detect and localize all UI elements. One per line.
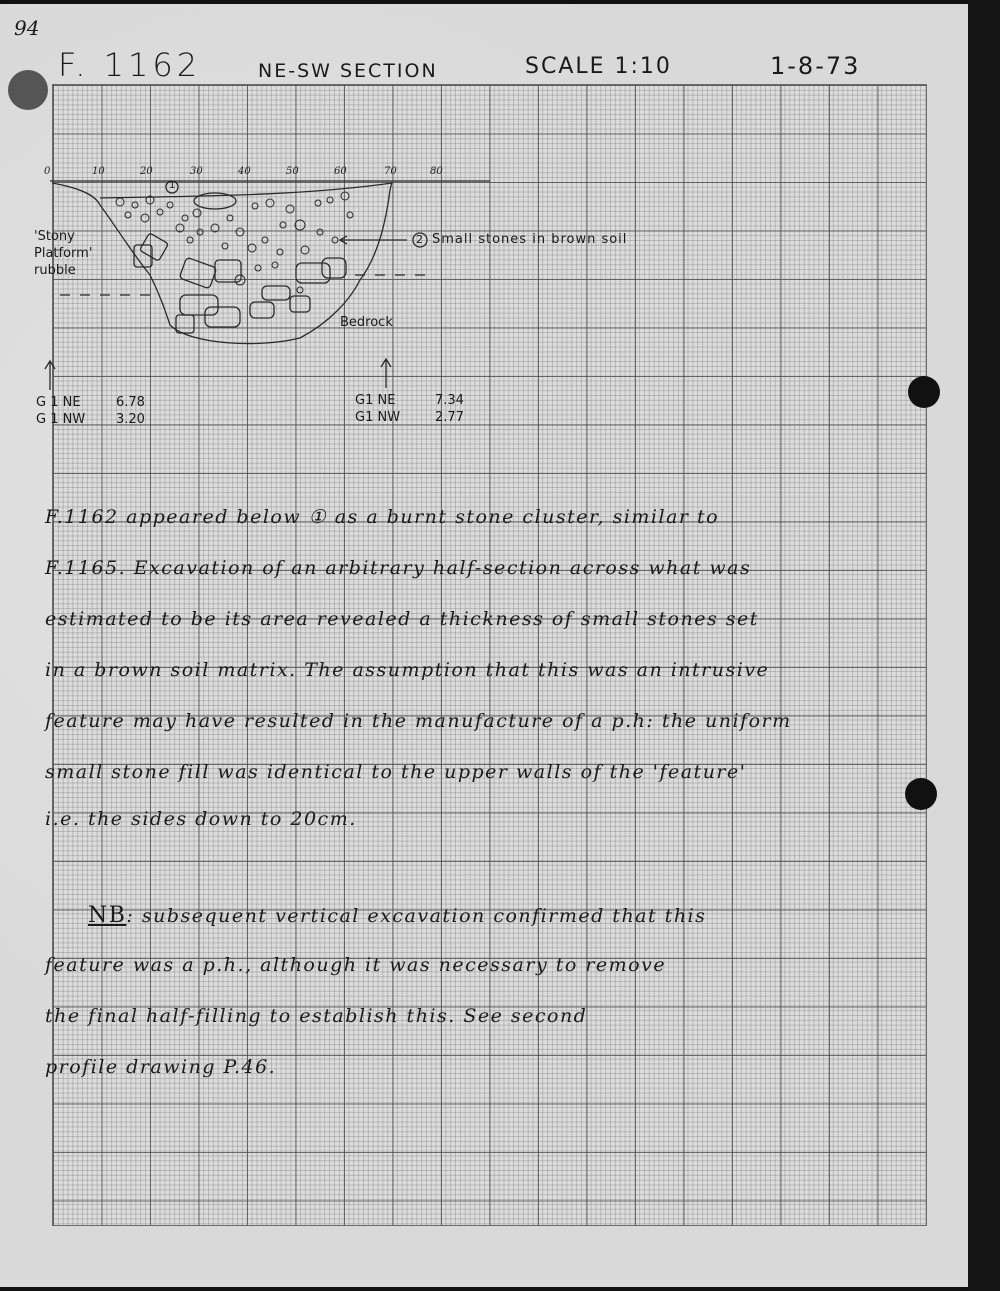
layer-2-label: Small stones in brown soil xyxy=(432,232,627,247)
stony-platform-label: 'Stony Platform' rubble xyxy=(34,228,92,279)
note-line: profile drawing P.46. xyxy=(45,1056,276,1078)
datum-row: G1 NW2.77 xyxy=(355,409,464,426)
note-line: F.1162 appeared below ① as a burnt stone… xyxy=(45,506,719,528)
scale-tick: 20 xyxy=(140,166,153,177)
note-line: the final half-filling to establish this… xyxy=(45,1005,587,1027)
bedrock-label: Bedrock xyxy=(340,315,393,330)
section-profile-drawing xyxy=(0,0,1000,450)
scale-tick: 60 xyxy=(334,166,347,177)
scale-tick: 80 xyxy=(430,166,443,177)
scale-tick: 70 xyxy=(384,166,397,177)
note-line: in a brown soil matrix. The assumption t… xyxy=(45,659,769,681)
left-datum-readings: G 1 NE6.78 G 1 NW3.20 xyxy=(36,394,145,428)
scale-tick: 40 xyxy=(238,166,251,177)
scale-tick: 10 xyxy=(92,166,105,177)
scale-tick: 30 xyxy=(190,166,203,177)
layer-1-marker: 1 xyxy=(169,180,175,191)
note-line: feature was a p.h., although it was nece… xyxy=(45,954,666,976)
nb-note-line: NB: subsequent vertical excavation confi… xyxy=(88,903,706,928)
layer-2-marker: 2 xyxy=(416,233,423,246)
scale-tick: 0 xyxy=(44,166,50,177)
note-line: feature may have resulted in the manufac… xyxy=(45,710,792,732)
nb-label: NB xyxy=(88,903,126,928)
datum-row: G1 NE7.34 xyxy=(355,392,464,409)
scale-tick: 50 xyxy=(286,166,299,177)
note-line: i.e. the sides down to 20cm. xyxy=(45,808,357,830)
datum-row: G 1 NW3.20 xyxy=(36,411,145,428)
note-line: small stone fill was identical to the up… xyxy=(45,761,746,783)
punch-hole-right-lower xyxy=(905,778,937,810)
datum-row: G 1 NE6.78 xyxy=(36,394,145,411)
note-line: estimated to be its area revealed a thic… xyxy=(45,608,759,630)
right-datum-readings: G1 NE7.34 G1 NW2.77 xyxy=(355,392,464,426)
note-line: F.1165. Excavation of an arbitrary half-… xyxy=(45,557,751,579)
